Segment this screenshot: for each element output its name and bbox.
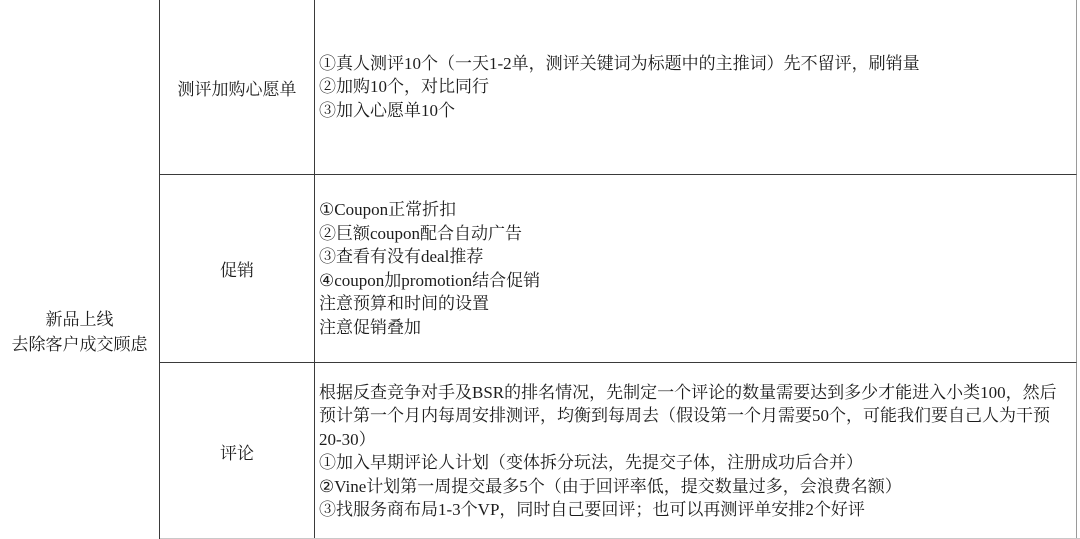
content-cell-promotion: ①Coupon正常折扣 ②巨额coupon配合自动广告 ③查看有没有deal推荐… (315, 175, 1077, 363)
merged-cell-stage: 新品上线 去除客户成交顾虑 (0, 0, 160, 539)
content-line: ②加购10个，对比同行 (319, 75, 1064, 99)
content-line: 根据反查竞争对手及BSR的排名情况，先制定一个评论的数量需要达到多少才能进入小类… (319, 381, 1064, 452)
content-line: 注意预算和时间的设置 (319, 292, 1064, 316)
content-line: 注意促销叠加 (319, 316, 1064, 340)
spreadsheet-table: 新品上线 去除客户成交顾虑 测评加购心愿单 ①真人测评10个（一天1-2单，测评… (0, 0, 1080, 539)
stage-title-line-2: 去除客户成交顾虑 (0, 332, 159, 357)
content-line: ①加入早期评论人计划（变体拆分玩法，先提交子体，注册成功后合并） (319, 451, 1064, 475)
row-label-text: 促销 (220, 256, 254, 281)
stage-title-line-1: 新品上线 (0, 307, 159, 332)
stage-title: 新品上线 去除客户成交顾虑 (0, 307, 159, 357)
plan-table: 新品上线 去除客户成交顾虑 测评加购心愿单 ①真人测评10个（一天1-2单，测评… (0, 0, 1080, 539)
content-line: ③查看有没有deal推荐 (319, 245, 1064, 269)
row-label-comments: 评论 (160, 363, 315, 539)
row-label-review-wishlist: 测评加购心愿单 (160, 0, 315, 175)
row-label-text: 测评加购心愿单 (178, 75, 297, 100)
content-line: ②Vine计划第一周提交最多5个（由于回评率低，提交数量过多，会浪费名额） (319, 475, 1064, 499)
row-label-text: 评论 (220, 439, 254, 464)
content-line: ②巨额coupon配合自动广告 (319, 222, 1064, 246)
content-line: ③找服务商布局1-3个VP，同时自己要回评；也可以再测评单安排2个好评 (319, 498, 1064, 522)
content-cell-review-wishlist: ①真人测评10个（一天1-2单，测评关键词为标题中的主推词）先不留评，刷销量 ②… (315, 0, 1077, 175)
content-line: ③加入心愿单10个 (319, 99, 1064, 123)
content-line: ①Coupon正常折扣 (319, 198, 1064, 222)
content-line: ①真人测评10个（一天1-2单，测评关键词为标题中的主推词）先不留评，刷销量 (319, 52, 1064, 76)
row-label-promotion: 促销 (160, 175, 315, 363)
content-line: ④coupon加promotion结合促销 (319, 269, 1064, 293)
content-cell-comments: 根据反查竞争对手及BSR的排名情况，先制定一个评论的数量需要达到多少才能进入小类… (315, 363, 1077, 539)
